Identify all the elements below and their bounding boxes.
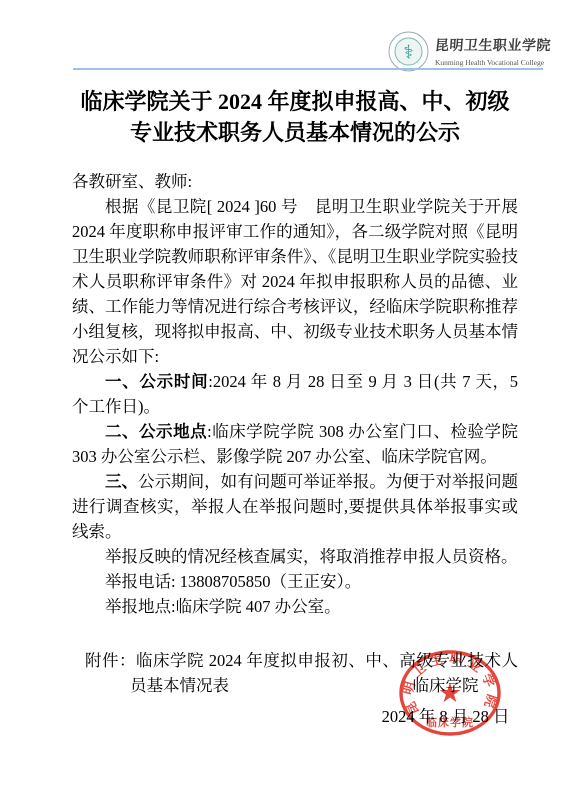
paragraph-basis: 根据《昆卫院[ 2024 ]60 号 昆明卫生职业学院关于开展 2024 年度职… bbox=[72, 194, 518, 369]
paragraph-publicity-time: 一、公示时间:2024 年 8 月 28 日至 9 月 3 日(共 7 天，5 … bbox=[72, 369, 518, 419]
document-content: 临床学院关于 2024 年度拟申报高、中、初级专业技术职务人员基本情况的公示 各… bbox=[0, 0, 569, 698]
body-text: 各教研室、教师: 根据《昆卫院[ 2024 ]60 号 昆明卫生职业学院关于开展… bbox=[72, 169, 518, 619]
caduceus-icon: ⚕ bbox=[403, 43, 413, 64]
paragraph-report-address: 举报地点:临床学院 407 办公室。 bbox=[72, 594, 518, 619]
page-title: 临床学院关于 2024 年度拟申报高、中、初级专业技术职务人员基本情况的公示 bbox=[72, 86, 518, 148]
paragraph-report-consequence: 举报反映的情况经核查属实，将取消推荐申报人员资格。 bbox=[72, 544, 518, 569]
attachment-label: 附件： bbox=[85, 651, 136, 670]
document-page: ⚕ 昆明卫生职业学院 Kunming Health Vocational Col… bbox=[0, 0, 569, 805]
school-name-block: 昆明卫生职业学院 Kunming Health Vocational Colle… bbox=[435, 35, 547, 67]
school-name-en: Kunming Health Vocational College bbox=[435, 58, 547, 67]
paragraph-report-rules: 三、公示期间，如有问题可举证举报。为便于对举报问题进行调查核实，举报人在举报问题… bbox=[72, 469, 518, 544]
paragraph-report-phone: 举报电话: 13808705850（王正安）。 bbox=[72, 569, 518, 594]
school-logo-icon: ⚕ bbox=[388, 31, 429, 72]
signature-block: 临床学院 2024 年 8 月 28 日 bbox=[358, 670, 533, 732]
signature-date: 2024 年 8 月 28 日 bbox=[358, 701, 533, 732]
paragraph-publicity-place: 二、公示地点:临床学院学院 308 办公室门口、检验学院 303 办公室公示栏、… bbox=[72, 419, 518, 469]
header-divider-line bbox=[73, 68, 543, 70]
signature-name: 临床学院 bbox=[358, 670, 533, 701]
school-name-zh: 昆明卫生职业学院 bbox=[434, 35, 547, 55]
salutation: 各教研室、教师: bbox=[72, 169, 518, 194]
